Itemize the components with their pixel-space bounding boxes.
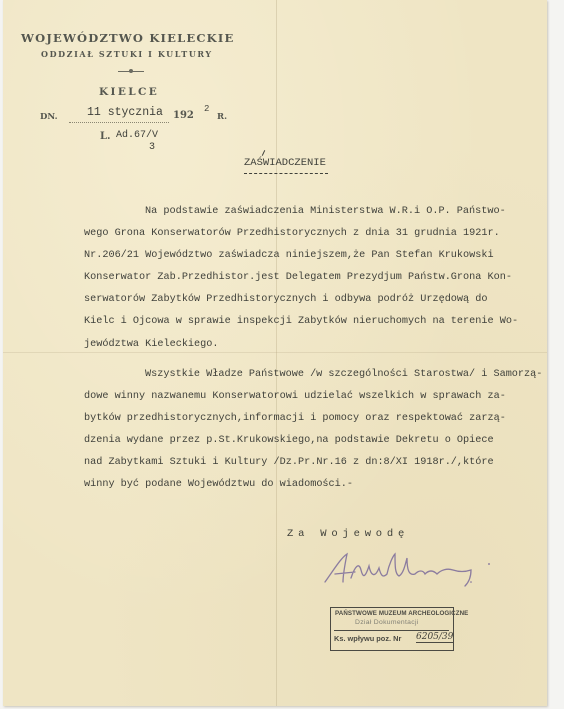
body-line: Nr.206/21 Województwo zaświadcza niniejs…	[84, 245, 524, 267]
handwritten-signature-icon	[321, 548, 521, 588]
title-accent-mark	[262, 150, 265, 156]
stamp-department: Dział Dokumentacji	[355, 619, 419, 626]
signature-label: Za Wojewodę	[287, 528, 409, 540]
body-line: bytków przedhistorycznych,informacji i p…	[84, 408, 524, 430]
document-page: WOJEWÓDZTWO KIELECKIE ODDZIAŁ SZTUKI I K…	[3, 0, 547, 706]
body-line: jewództwa Kieleckiego.	[84, 334, 524, 356]
body-line: Kielc i Ojcowa w sprawie inspekcji Zabyt…	[84, 311, 524, 333]
document-title: ZAŚWIADCZENIE	[244, 157, 326, 169]
reference-prefix: L.	[100, 131, 111, 142]
ornament-divider-icon	[118, 69, 144, 74]
stamp-entry-number: 6205/39	[416, 632, 453, 643]
stamp-institution: PAŃSTWOWE MUZEUM ARCHEOLOGICZNE	[335, 610, 468, 617]
reference-number: Ad.67/V	[116, 130, 158, 141]
body-line: dowe winny nazwanemu Konserwatorowi udzi…	[84, 386, 524, 408]
title-underline	[244, 173, 328, 174]
date-dotted-line	[69, 122, 169, 123]
body-line: dzenia wydane przez p.St.Krukowskiego,na…	[84, 430, 524, 452]
body-line: Wszystkie Władze Państwowe /w szczególno…	[84, 364, 524, 386]
letterhead-department: ODDZIAŁ SZTUKI I KULTURY	[41, 49, 213, 59]
body-line: serwatorów Zabytków Przedhistorycznych i…	[84, 289, 524, 311]
body-line: wego Grona Konserwatorów Przedhistoryczn…	[84, 223, 524, 245]
body-line: winny być podane Województwu do wiadomoś…	[84, 474, 524, 496]
body-line: Na podstawie zaświadczenia Ministerstwa …	[84, 201, 524, 223]
letterhead-title: WOJEWÓDZTWO KIELECKIE	[21, 31, 234, 45]
date-day-month: 11 stycznia	[87, 106, 163, 119]
date-year-suffix: R.	[217, 112, 227, 122]
reference-subnumber: 3	[149, 142, 155, 153]
letterhead-city: KIELCE	[99, 86, 159, 98]
stamp-rule	[334, 630, 449, 631]
stamp-register-label: Ks. wpływu poz. Nr	[334, 634, 401, 643]
date-label: DN.	[40, 112, 58, 122]
body-line: Konserwator Zab.Przedhistor.jest Delegat…	[84, 267, 524, 289]
date-year-printed: 192	[173, 110, 194, 121]
body-line: nad Zabytkami Sztuki i Kultury /Dz.Pr.Nr…	[84, 452, 524, 474]
document-body: Na podstawie zaświadczenia Ministerstwa …	[84, 201, 524, 496]
date-year-typed: 2	[204, 104, 209, 114]
archive-stamp: PAŃSTWOWE MUZEUM ARCHEOLOGICZNE Dział Do…	[330, 607, 454, 651]
